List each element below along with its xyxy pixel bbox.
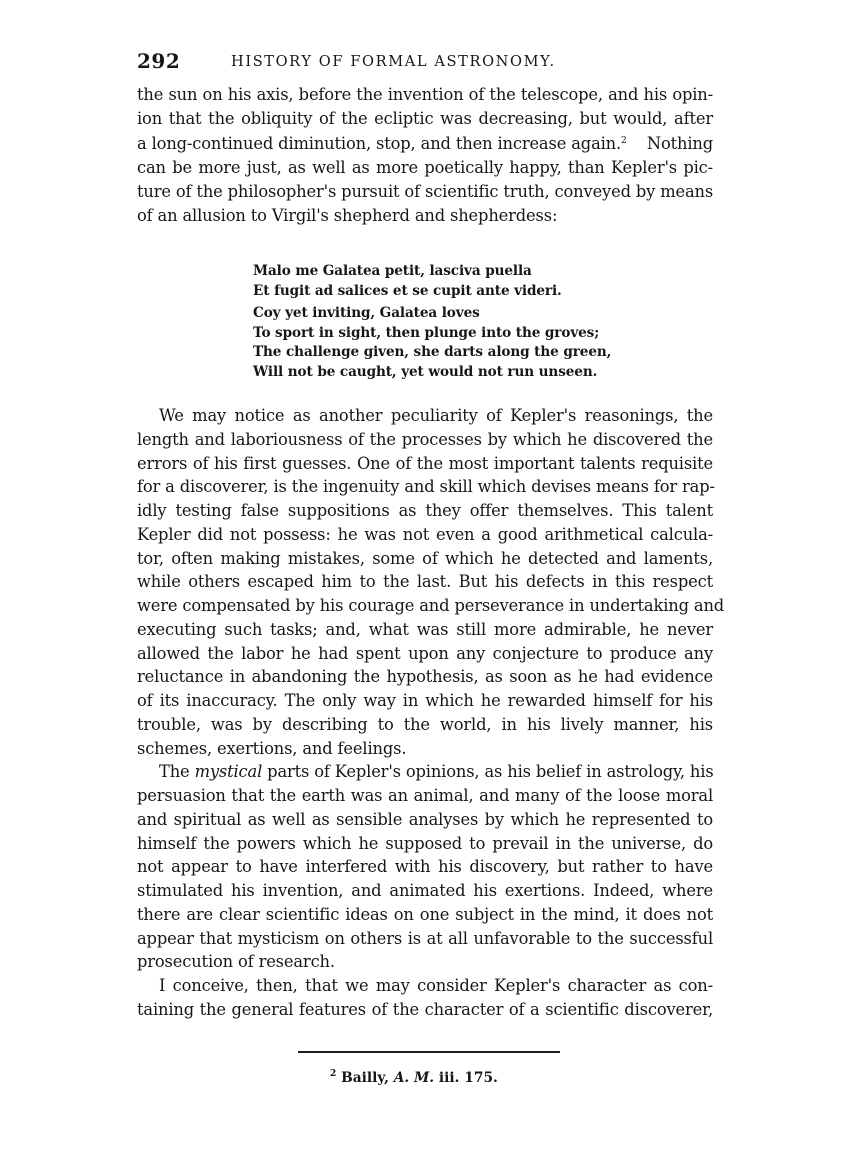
text-line: of its inaccuracy. The only way in which… [137, 689, 713, 713]
footnote-reference: iii. 175. [434, 1070, 498, 1086]
paragraph-continued: the sun on his axis, before the inventio… [137, 83, 713, 227]
text-line: himself the powers which he supposed to … [137, 832, 713, 856]
footnote-marker[interactable]: 2 [621, 136, 627, 146]
english-verse-line: To sport in sight, then plunge into the … [253, 324, 583, 344]
english-verse-line: Coy yet inviting, Galatea loves [253, 304, 583, 324]
text-line: ture of the philosopher's pursuit of sci… [137, 180, 713, 204]
text-line: ion that the obliquity of the ecliptic w… [137, 107, 713, 131]
text-line: Kepler did not possess: he was not even … [137, 523, 713, 547]
text-line: not appear to have interfered with his d… [137, 855, 713, 879]
footnote-author: Bailly, [341, 1070, 394, 1086]
text-line: reluctance in abandoning the hypothesis,… [137, 665, 713, 689]
text-line: length and laboriousness of the processe… [137, 428, 713, 452]
text-line: there are clear scientific ideas on one … [137, 903, 713, 927]
text-line: can be more just, as well as more poetic… [137, 156, 713, 180]
verse-quotation: Malo me Galatea petit, lasciva puella Et… [253, 262, 583, 383]
text-line: while others escaped him to the last. Bu… [137, 570, 713, 594]
running-title: HISTORY OF FORMAL ASTRONOMY. [231, 53, 556, 70]
text-line: the sun on his axis, before the inventio… [137, 83, 713, 107]
text-line-segment: The [159, 762, 195, 781]
text-line: and spiritual as well as sensible analys… [137, 808, 713, 832]
latin-verse-line: Malo me Galatea petit, lasciva puella [253, 262, 583, 282]
text-line-with-footnote: a long-continued diminution, stop, and t… [137, 130, 713, 156]
paragraph-mystical: The mystical parts of Kepler's opinions,… [137, 760, 713, 974]
footnote-marker: 2 [330, 1069, 336, 1079]
text-line: prosecution of research. [137, 950, 713, 974]
text-line-segment: a long-continued diminution, stop, and t… [137, 134, 621, 153]
text-line: of an allusion to Virgil's shepherd and … [137, 204, 713, 228]
text-line: trouble, was by describing to the world,… [137, 713, 713, 737]
text-line: persuasion that the earth was an animal,… [137, 784, 713, 808]
text-line-segment: Nothing [647, 134, 713, 153]
text-line: executing such tasks; and, what was stil… [137, 618, 713, 642]
text-line: were compensated by his courage and pers… [137, 594, 713, 618]
paragraph-conceive: I conceive, then, that we may consider K… [137, 974, 713, 1022]
text-line: errors of his first guesses. One of the … [137, 452, 713, 476]
text-line: schemes, exertions, and feelings. [137, 737, 713, 761]
book-page: 292 HISTORY OF FORMAL ASTRONOMY. the sun… [0, 0, 850, 1150]
text-line: allowed the labor he had spent upon any … [137, 642, 713, 666]
text-line: for a discoverer, is the ingenuity and s… [137, 475, 713, 499]
english-verse-line: Will not be caught, yet would not run un… [253, 363, 583, 383]
footnote-work: A. M. [394, 1070, 434, 1086]
text-line-with-italic: The mystical parts of Kepler's opinions,… [137, 760, 713, 784]
text-line: idly testing false suppositions as they … [137, 499, 713, 523]
running-head: 292 HISTORY OF FORMAL ASTRONOMY. [137, 49, 713, 75]
page-number: 292 [137, 49, 180, 73]
text-line: taining the general features of the char… [137, 998, 713, 1022]
english-verse-line: The challenge given, she darts along the… [253, 343, 583, 363]
text-line: I conceive, then, that we may consider K… [137, 974, 713, 998]
text-line: tor, often making mistakes, some of whic… [137, 547, 713, 571]
body-paragraphs: We may notice as another peculiarity of … [137, 404, 713, 1022]
latin-verse-line: Et fugit ad salices et se cupit ante vid… [253, 282, 583, 302]
text-line: We may notice as another peculiarity of … [137, 404, 713, 428]
text-line: appear that mysticism on others is at al… [137, 927, 713, 951]
text-line-segment: parts of Kepler's opinions, as his belie… [262, 762, 713, 781]
footnote: 2 Bailly, A. M. iii. 175. [330, 1069, 530, 1086]
footnote-divider [298, 1051, 560, 1053]
paragraph-reasonings: We may notice as another peculiarity of … [137, 404, 713, 760]
text-line: stimulated his invention, and animated h… [137, 879, 713, 903]
italic-word: mystical [195, 762, 263, 781]
